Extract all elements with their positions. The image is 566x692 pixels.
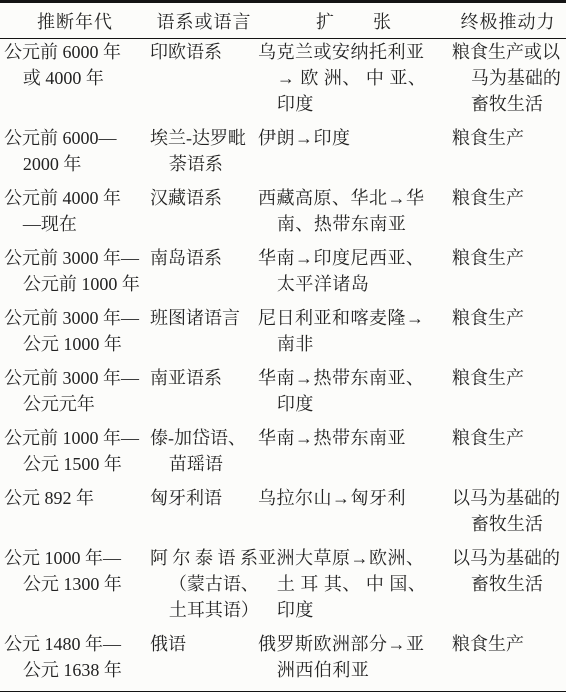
force-line: 马为基础的 (452, 65, 566, 91)
force-cell: 粮食生产 (450, 185, 566, 237)
era-line: 公元 1000 年 (4, 331, 150, 357)
force-line: 畜牧生活 (452, 91, 566, 117)
expansion-cell: 华南→印度尼西亚、太平洋诸岛 (258, 245, 450, 297)
expansion-line: 洲西伯利亚 (258, 657, 450, 683)
language-cell: 傣-加岱语、苗瑶语 (150, 425, 258, 477)
era-line: 公元前 6000 年 (4, 39, 150, 65)
expansion-line: 尼日利亚和喀麦隆→ (258, 305, 450, 331)
scanned-table-page: 推断年代 语系或语言 扩 张 终极推动力 公元前 6000 年或 4000 年印… (0, 0, 566, 692)
expansion-line: 印度 (258, 597, 450, 623)
era-line: 公元前 1000 年— (4, 425, 150, 451)
force-line: 粮食生产 (452, 245, 566, 271)
era-line: 公元前 4000 年 (4, 185, 150, 211)
language-line: 匈牙利语 (150, 485, 258, 511)
language-line: 班图诸语言 (150, 305, 258, 331)
language-line: 傣-加岱语、 (150, 425, 258, 451)
expansion-line: 西藏高原、华北→华 (258, 185, 450, 211)
table-header-row: 推断年代 语系或语言 扩 张 终极推动力 (0, 3, 566, 38)
era-line: 公元前 3000 年— (4, 365, 150, 391)
expansion-line: 俄罗斯欧洲部分→亚 (258, 631, 450, 657)
expansion-cell: 亚洲大草原→欧洲、土 耳 其、 中 国、印度 (258, 545, 450, 623)
force-line: 以马为基础的 (452, 545, 566, 571)
table-row: 公元前 1000 年—公元 1500 年傣-加岱语、苗瑶语华南→热带东南亚粮食生… (0, 425, 566, 485)
expansion-line: 华南→热带东南亚 (258, 425, 450, 451)
language-cell: 阿 尔 泰 语 系（蒙古语、土耳其语） (150, 545, 258, 623)
expansion-line: 亚洲大草原→欧洲、 (258, 545, 450, 571)
table-row: 公元 1000 年—公元 1300 年阿 尔 泰 语 系（蒙古语、土耳其语）亚洲… (0, 545, 566, 631)
force-line: 以马为基础的 (452, 485, 566, 511)
era-line: 公元 1500 年 (4, 451, 150, 477)
force-line: 粮食生产 (452, 631, 566, 657)
language-cell: 埃兰-达罗毗荼语系 (150, 125, 258, 177)
force-cell: 以马为基础的畜牧生活 (450, 485, 566, 537)
era-cell: 公元前 6000 年或 4000 年 (0, 39, 150, 117)
expansion-line: 土 耳 其、 中 国、 (258, 571, 450, 597)
table-row: 公元前 6000—2000 年埃兰-达罗毗荼语系伊朗→印度粮食生产 (0, 125, 566, 185)
force-line: 粮食生产 (452, 185, 566, 211)
force-cell: 粮食生产 (450, 425, 566, 477)
era-cell: 公元 1000 年—公元 1300 年 (0, 545, 150, 623)
era-line: 公元前 1000 年 (4, 271, 150, 297)
language-line: （蒙古语、 (150, 571, 258, 597)
era-line: 2000 年 (4, 151, 150, 177)
expansion-cell: 伊朗→印度 (258, 125, 450, 177)
era-cell: 公元 892 年 (0, 485, 150, 537)
language-line: 土耳其语） (150, 597, 258, 623)
language-line: 南岛语系 (150, 245, 258, 271)
force-line: 畜牧生活 (452, 571, 566, 597)
expansion-cell: 俄罗斯欧洲部分→亚洲西伯利亚 (258, 631, 450, 683)
era-line: 公元 1638 年 (4, 657, 150, 683)
table-row: 公元前 3000 年—公元元年南亚语系华南→热带东南亚、印度粮食生产 (0, 365, 566, 425)
expansion-line: 南非 (258, 331, 450, 357)
language-line: 印欧语系 (150, 39, 258, 65)
language-line: 阿 尔 泰 语 系 (150, 545, 258, 571)
expansion-line: 南、热带东南亚 (258, 211, 450, 237)
table-body: 公元前 6000 年或 4000 年印欧语系乌克兰或安纳托利亚→ 欧 洲、 中 … (0, 39, 566, 691)
table-row: 公元前 4000 年—现在汉藏语系西藏高原、华北→华南、热带东南亚粮食生产 (0, 185, 566, 245)
expansion-line: 太平洋诸岛 (258, 271, 450, 297)
era-cell: 公元前 4000 年—现在 (0, 185, 150, 237)
expansion-line: 伊朗→印度 (258, 125, 450, 151)
expansion-line: 印度 (258, 391, 450, 417)
force-line: 粮食生产或以 (452, 39, 566, 65)
expansion-cell: 尼日利亚和喀麦隆→南非 (258, 305, 450, 357)
table-row: 公元前 3000 年—公元前 1000 年南岛语系华南→印度尼西亚、太平洋诸岛粮… (0, 245, 566, 305)
expansion-cell: 华南→热带东南亚 (258, 425, 450, 477)
era-line: 公元前 3000 年— (4, 245, 150, 271)
language-line: 苗瑶语 (150, 451, 258, 477)
expansion-line: 乌拉尔山→匈牙利 (258, 485, 450, 511)
language-line: 俄语 (150, 631, 258, 657)
force-cell: 粮食生产 (450, 631, 566, 683)
era-cell: 公元前 6000—2000 年 (0, 125, 150, 177)
era-cell: 公元 1480 年—公元 1638 年 (0, 631, 150, 683)
force-line: 粮食生产 (452, 365, 566, 391)
era-line: 或 4000 年 (4, 65, 150, 91)
header-driving-force: 终极推动力 (450, 8, 566, 34)
expansion-line: 乌克兰或安纳托利亚 (258, 39, 450, 65)
era-line: 公元 1000 年— (4, 545, 150, 571)
header-language-family: 语系或语言 (150, 8, 258, 34)
era-cell: 公元前 3000 年—公元前 1000 年 (0, 245, 150, 297)
force-line: 粮食生产 (452, 305, 566, 331)
language-line: 汉藏语系 (150, 185, 258, 211)
era-cell: 公元前 3000 年—公元元年 (0, 365, 150, 417)
force-line: 粮食生产 (452, 425, 566, 451)
header-expansion: 扩 张 (258, 8, 450, 34)
era-line: 公元前 3000 年— (4, 305, 150, 331)
table-row: 公元 1480 年—公元 1638 年俄语俄罗斯欧洲部分→亚洲西伯利亚粮食生产 (0, 631, 566, 691)
expansion-cell: 乌拉尔山→匈牙利 (258, 485, 450, 537)
expansion-line: → 欧 洲、 中 亚、 (258, 65, 450, 91)
era-line: 公元 892 年 (4, 485, 150, 511)
language-cell: 南亚语系 (150, 365, 258, 417)
expansion-cell: 乌克兰或安纳托利亚→ 欧 洲、 中 亚、印度 (258, 39, 450, 117)
table-row: 公元前 3000 年—公元 1000 年班图诸语言尼日利亚和喀麦隆→南非粮食生产 (0, 305, 566, 365)
era-line: 公元元年 (4, 391, 150, 417)
expansion-cell: 华南→热带东南亚、印度 (258, 365, 450, 417)
era-line: 公元 1300 年 (4, 571, 150, 597)
language-cell: 班图诸语言 (150, 305, 258, 357)
force-cell: 粮食生产 (450, 245, 566, 297)
era-line: —现在 (4, 211, 150, 237)
force-cell: 以马为基础的畜牧生活 (450, 545, 566, 623)
force-line: 粮食生产 (452, 125, 566, 151)
language-cell: 汉藏语系 (150, 185, 258, 237)
force-cell: 粮食生产 (450, 305, 566, 357)
force-cell: 粮食生产或以马为基础的畜牧生活 (450, 39, 566, 117)
expansion-line: 华南→热带东南亚、 (258, 365, 450, 391)
table-row: 公元前 6000 年或 4000 年印欧语系乌克兰或安纳托利亚→ 欧 洲、 中 … (0, 39, 566, 125)
language-cell: 俄语 (150, 631, 258, 683)
table-row: 公元 892 年匈牙利语乌拉尔山→匈牙利以马为基础的畜牧生活 (0, 485, 566, 545)
language-cell: 印欧语系 (150, 39, 258, 117)
language-cell: 南岛语系 (150, 245, 258, 297)
force-cell: 粮食生产 (450, 125, 566, 177)
expansion-cell: 西藏高原、华北→华南、热带东南亚 (258, 185, 450, 237)
language-cell: 匈牙利语 (150, 485, 258, 537)
era-line: 公元前 6000— (4, 125, 150, 151)
language-line: 埃兰-达罗毗 (150, 125, 258, 151)
header-era: 推断年代 (0, 8, 150, 34)
expansion-line: 印度 (258, 91, 450, 117)
language-line: 荼语系 (150, 151, 258, 177)
era-cell: 公元前 1000 年—公元 1500 年 (0, 425, 150, 477)
force-cell: 粮食生产 (450, 365, 566, 417)
language-line: 南亚语系 (150, 365, 258, 391)
expansion-line: 华南→印度尼西亚、 (258, 245, 450, 271)
era-line: 公元 1480 年— (4, 631, 150, 657)
force-line: 畜牧生活 (452, 511, 566, 537)
era-cell: 公元前 3000 年—公元 1000 年 (0, 305, 150, 357)
